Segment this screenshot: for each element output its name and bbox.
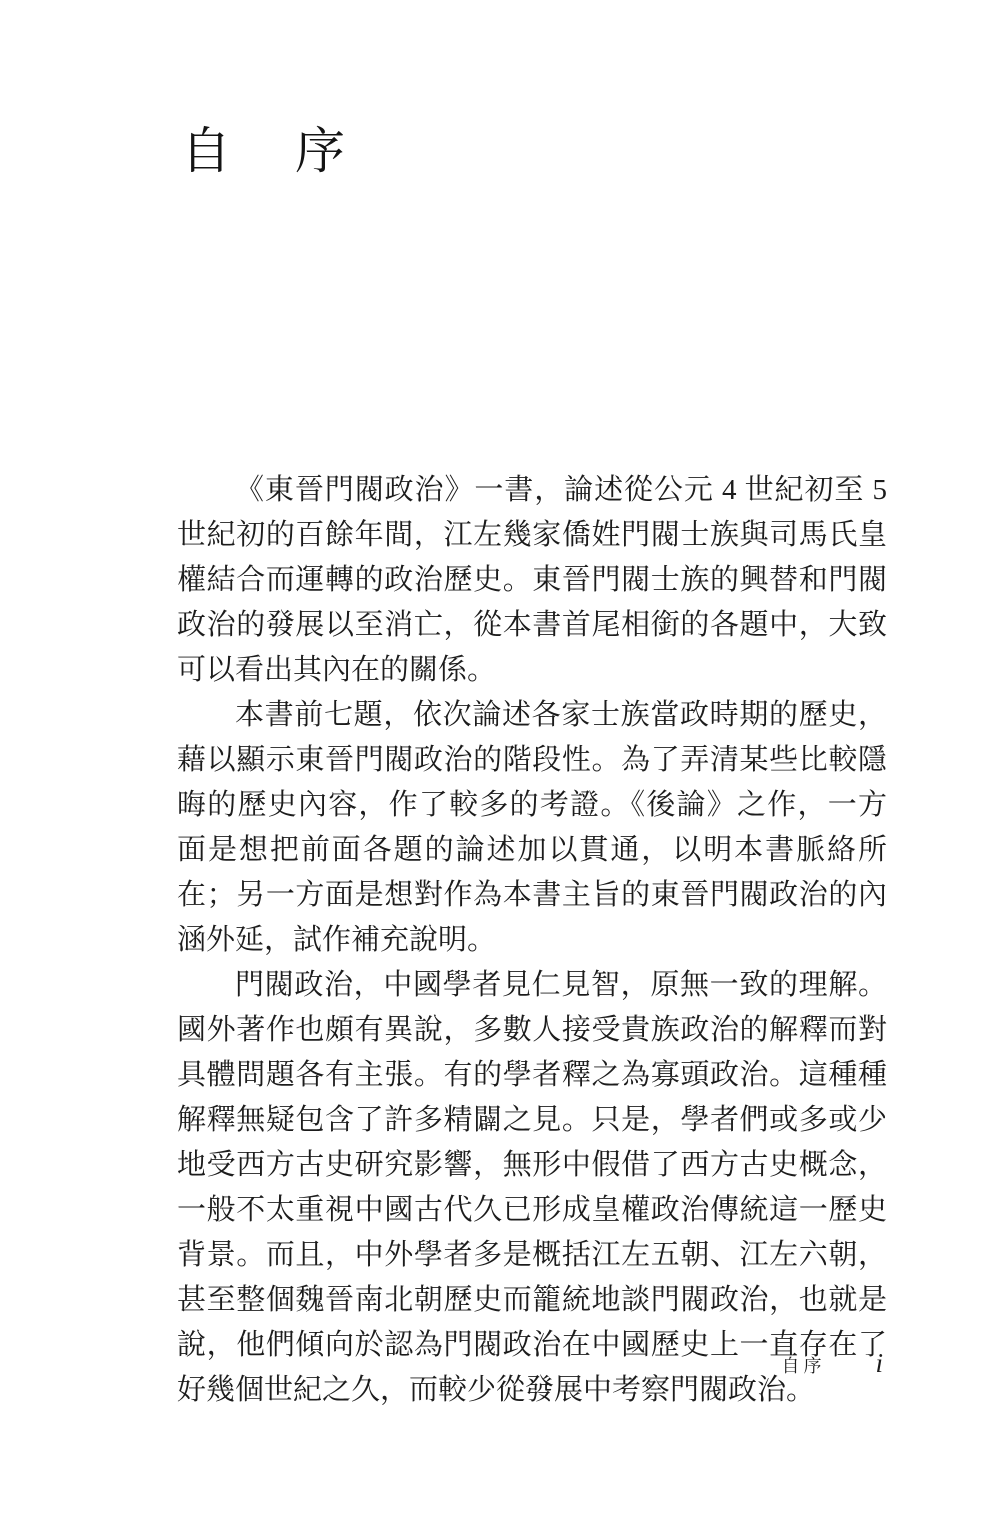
book-page: 自 序 《東晉門閥政治》一書，論述從公元 4 世紀初至 5 世紀初的百餘年間，江… (0, 0, 1000, 1513)
page-footer: 自序 i (177, 1348, 887, 1379)
preface-body: 《東晉門閥政治》一書，論述從公元 4 世紀初至 5 世紀初的百餘年間，江左幾家僑… (177, 468, 887, 1413)
page-title: 自 序 (181, 126, 352, 176)
paragraph-1: 《東晉門閥政治》一書，論述從公元 4 世紀初至 5 世紀初的百餘年間，江左幾家僑… (177, 468, 887, 693)
footer-section-label: 自序 (781, 1352, 825, 1378)
footer-page-number: i (875, 1348, 887, 1379)
paragraph-2: 本書前七題，依次論述各家士族當政時期的歷史，藉以顯示東晉門閥政治的階段性。為了弄… (177, 693, 887, 963)
paragraph-3: 門閥政治，中國學者見仁見智，原無一致的理解。國外著作也頗有異說，多數人接受貴族政… (177, 963, 887, 1413)
